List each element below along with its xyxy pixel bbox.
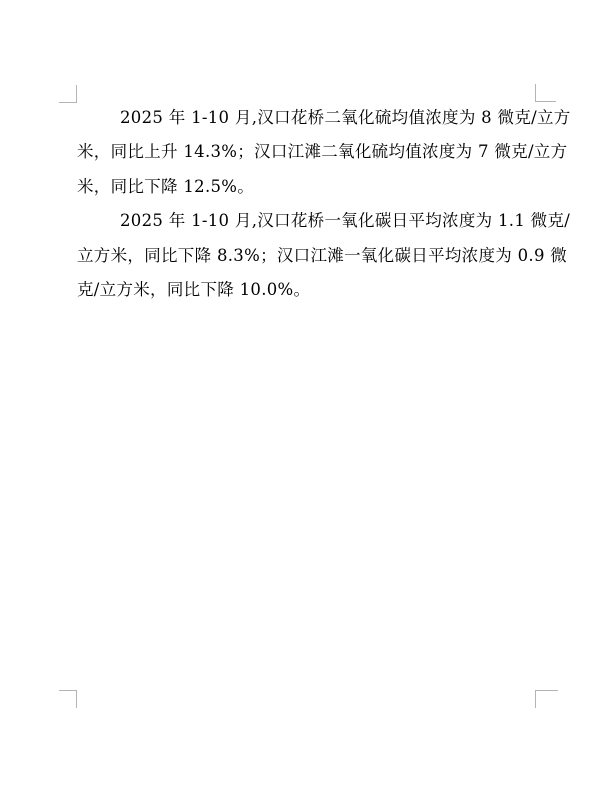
text-line: 2025 年 1-10 月,汉口花桥二氧化硫均值浓度为 8 微克/立方 bbox=[77, 101, 535, 135]
paragraph-sulfur-dioxide: 2025 年 1-10 月,汉口花桥二氧化硫均值浓度为 8 微克/立方 米，同比… bbox=[77, 101, 535, 204]
text-line: 克/立方米，同比下降 10.0%。 bbox=[77, 273, 535, 307]
margin-crop-mark-top-right bbox=[535, 84, 556, 102]
text-line: 米，同比上升 14.3%；汉口江滩二氧化硫均值浓度为 7 微克/立方 bbox=[77, 135, 535, 169]
document-body: 2025 年 1-10 月,汉口花桥二氧化硫均值浓度为 8 微克/立方 米，同比… bbox=[77, 101, 535, 307]
text-line: 2025 年 1-10 月,汉口花桥一氧化碳日平均浓度为 1.1 微克/ bbox=[77, 204, 535, 238]
margin-crop-mark-top-left bbox=[59, 85, 77, 103]
document-page: 2025 年 1-10 月,汉口花桥二氧化硫均值浓度为 8 微克/立方 米，同比… bbox=[0, 0, 605, 786]
margin-crop-mark-bottom-right bbox=[535, 690, 558, 708]
text-line: 立方米，同比下降 8.3%；汉口江滩一氧化碳日平均浓度为 0.9 微 bbox=[77, 239, 535, 273]
paragraph-carbon-monoxide: 2025 年 1-10 月,汉口花桥一氧化碳日平均浓度为 1.1 微克/ 立方米… bbox=[77, 204, 535, 307]
text-line: 米，同比下降 12.5%。 bbox=[77, 170, 535, 204]
margin-crop-mark-bottom-left bbox=[59, 690, 77, 708]
